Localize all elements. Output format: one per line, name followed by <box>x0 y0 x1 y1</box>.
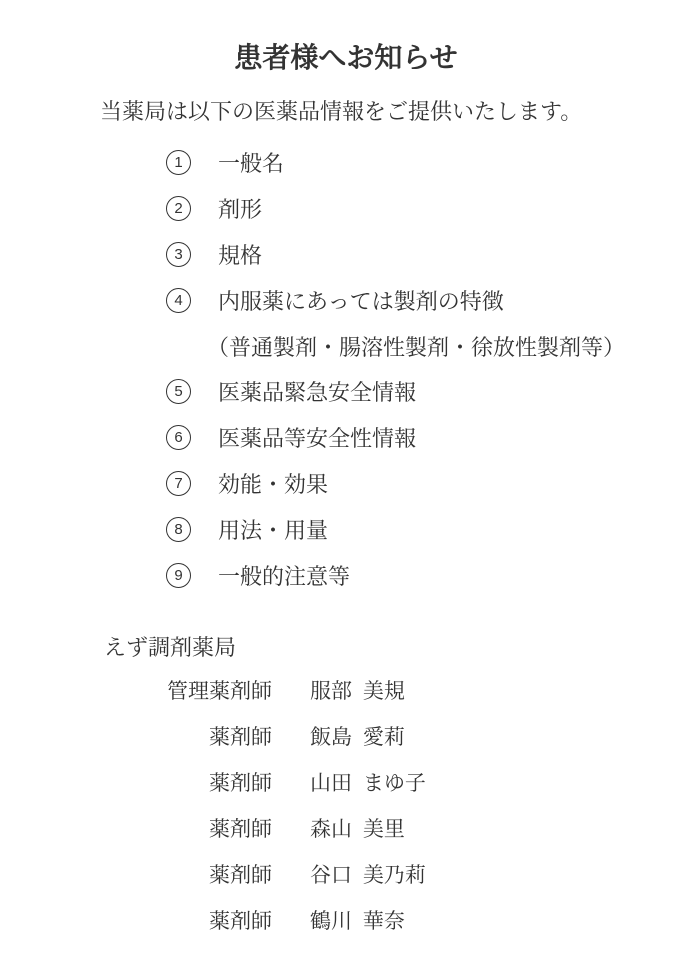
staff-row: 薬剤師 山田 まゆ子 <box>100 759 426 805</box>
intro-text: 当薬局は以下の医薬品情報をご提供いたします。 <box>100 99 582 125</box>
item-label: 内服薬にあっては製剤の特徴 <box>218 285 504 316</box>
list-item: 5 医薬品緊急安全情報 <box>166 369 625 415</box>
list-item: 4 内服薬にあっては製剤の特徴 <box>166 277 625 323</box>
staff-name: 森山 美里 <box>310 813 405 843</box>
page-title: 患者様へお知らせ <box>0 42 692 74</box>
circled-number: 2 <box>166 196 191 221</box>
staff-name: 飯島 愛莉 <box>310 721 405 751</box>
staff-row: 薬剤師 鶴川 華奈 <box>100 897 426 943</box>
item-label: 医薬品緊急安全情報 <box>218 376 416 407</box>
item-label: 一般的注意等 <box>218 560 350 591</box>
notice-page: 患者様へお知らせ 当薬局は以下の医薬品情報をご提供いたします。 1 一般名 2 … <box>0 0 692 980</box>
circled-number: 4 <box>166 288 191 313</box>
item-label: 用法・用量 <box>218 514 328 545</box>
staff-name: 山田 まゆ子 <box>310 767 426 797</box>
list-item: 9 一般的注意等 <box>166 552 625 598</box>
circled-number: 8 <box>166 517 191 542</box>
item-label: 剤形 <box>218 193 262 224</box>
staff-name: 服部 美規 <box>310 675 405 705</box>
list-item: 8 用法・用量 <box>166 506 625 552</box>
circled-number: 9 <box>166 563 191 588</box>
circled-number: 3 <box>166 242 191 267</box>
list-item: 7 効能・効果 <box>166 461 625 507</box>
staff-role: 薬剤師 <box>100 813 272 843</box>
list-item: 2 剤形 <box>166 186 625 232</box>
list-item: 6 医薬品等安全性情報 <box>166 415 625 461</box>
circled-number: 7 <box>166 471 191 496</box>
staff-name: 谷口 美乃莉 <box>310 859 426 889</box>
staff-name: 鶴川 華奈 <box>310 905 405 935</box>
item-label: 医薬品等安全性情報 <box>218 422 416 453</box>
staff-list: 管理薬剤師 服部 美規 薬剤師 飯島 愛莉 薬剤師 山田 まゆ子 薬剤師 森山 … <box>100 667 426 943</box>
staff-role: 薬剤師 <box>100 721 272 751</box>
staff-row: 薬剤師 森山 美里 <box>100 805 426 851</box>
circled-number: 1 <box>166 150 191 175</box>
list-item: 3 規格 <box>166 232 625 278</box>
staff-row: 薬剤師 谷口 美乃莉 <box>100 851 426 897</box>
staff-row: 管理薬剤師 服部 美規 <box>100 667 426 713</box>
info-list: 1 一般名 2 剤形 3 規格 4 内服薬にあっては製剤の特徴 （普通製剤・腸溶… <box>166 140 625 598</box>
circled-number: 6 <box>166 425 191 450</box>
circled-number: 5 <box>166 379 191 404</box>
item-label: 効能・効果 <box>218 468 328 499</box>
staff-row: 薬剤師 飯島 愛莉 <box>100 713 426 759</box>
staff-role: 薬剤師 <box>100 905 272 935</box>
item-label: 一般名 <box>218 147 284 178</box>
list-item-continuation: （普通製剤・腸溶性製剤・徐放性製剤等） <box>166 323 625 369</box>
item-sub-label: （普通製剤・腸溶性製剤・徐放性製剤等） <box>207 331 625 362</box>
list-item: 1 一般名 <box>166 140 625 186</box>
staff-role: 薬剤師 <box>100 767 272 797</box>
staff-role: 管理薬剤師 <box>100 675 272 705</box>
item-label: 規格 <box>218 239 262 270</box>
pharmacy-name: えず調剤薬局 <box>104 631 236 662</box>
staff-role: 薬剤師 <box>100 859 272 889</box>
